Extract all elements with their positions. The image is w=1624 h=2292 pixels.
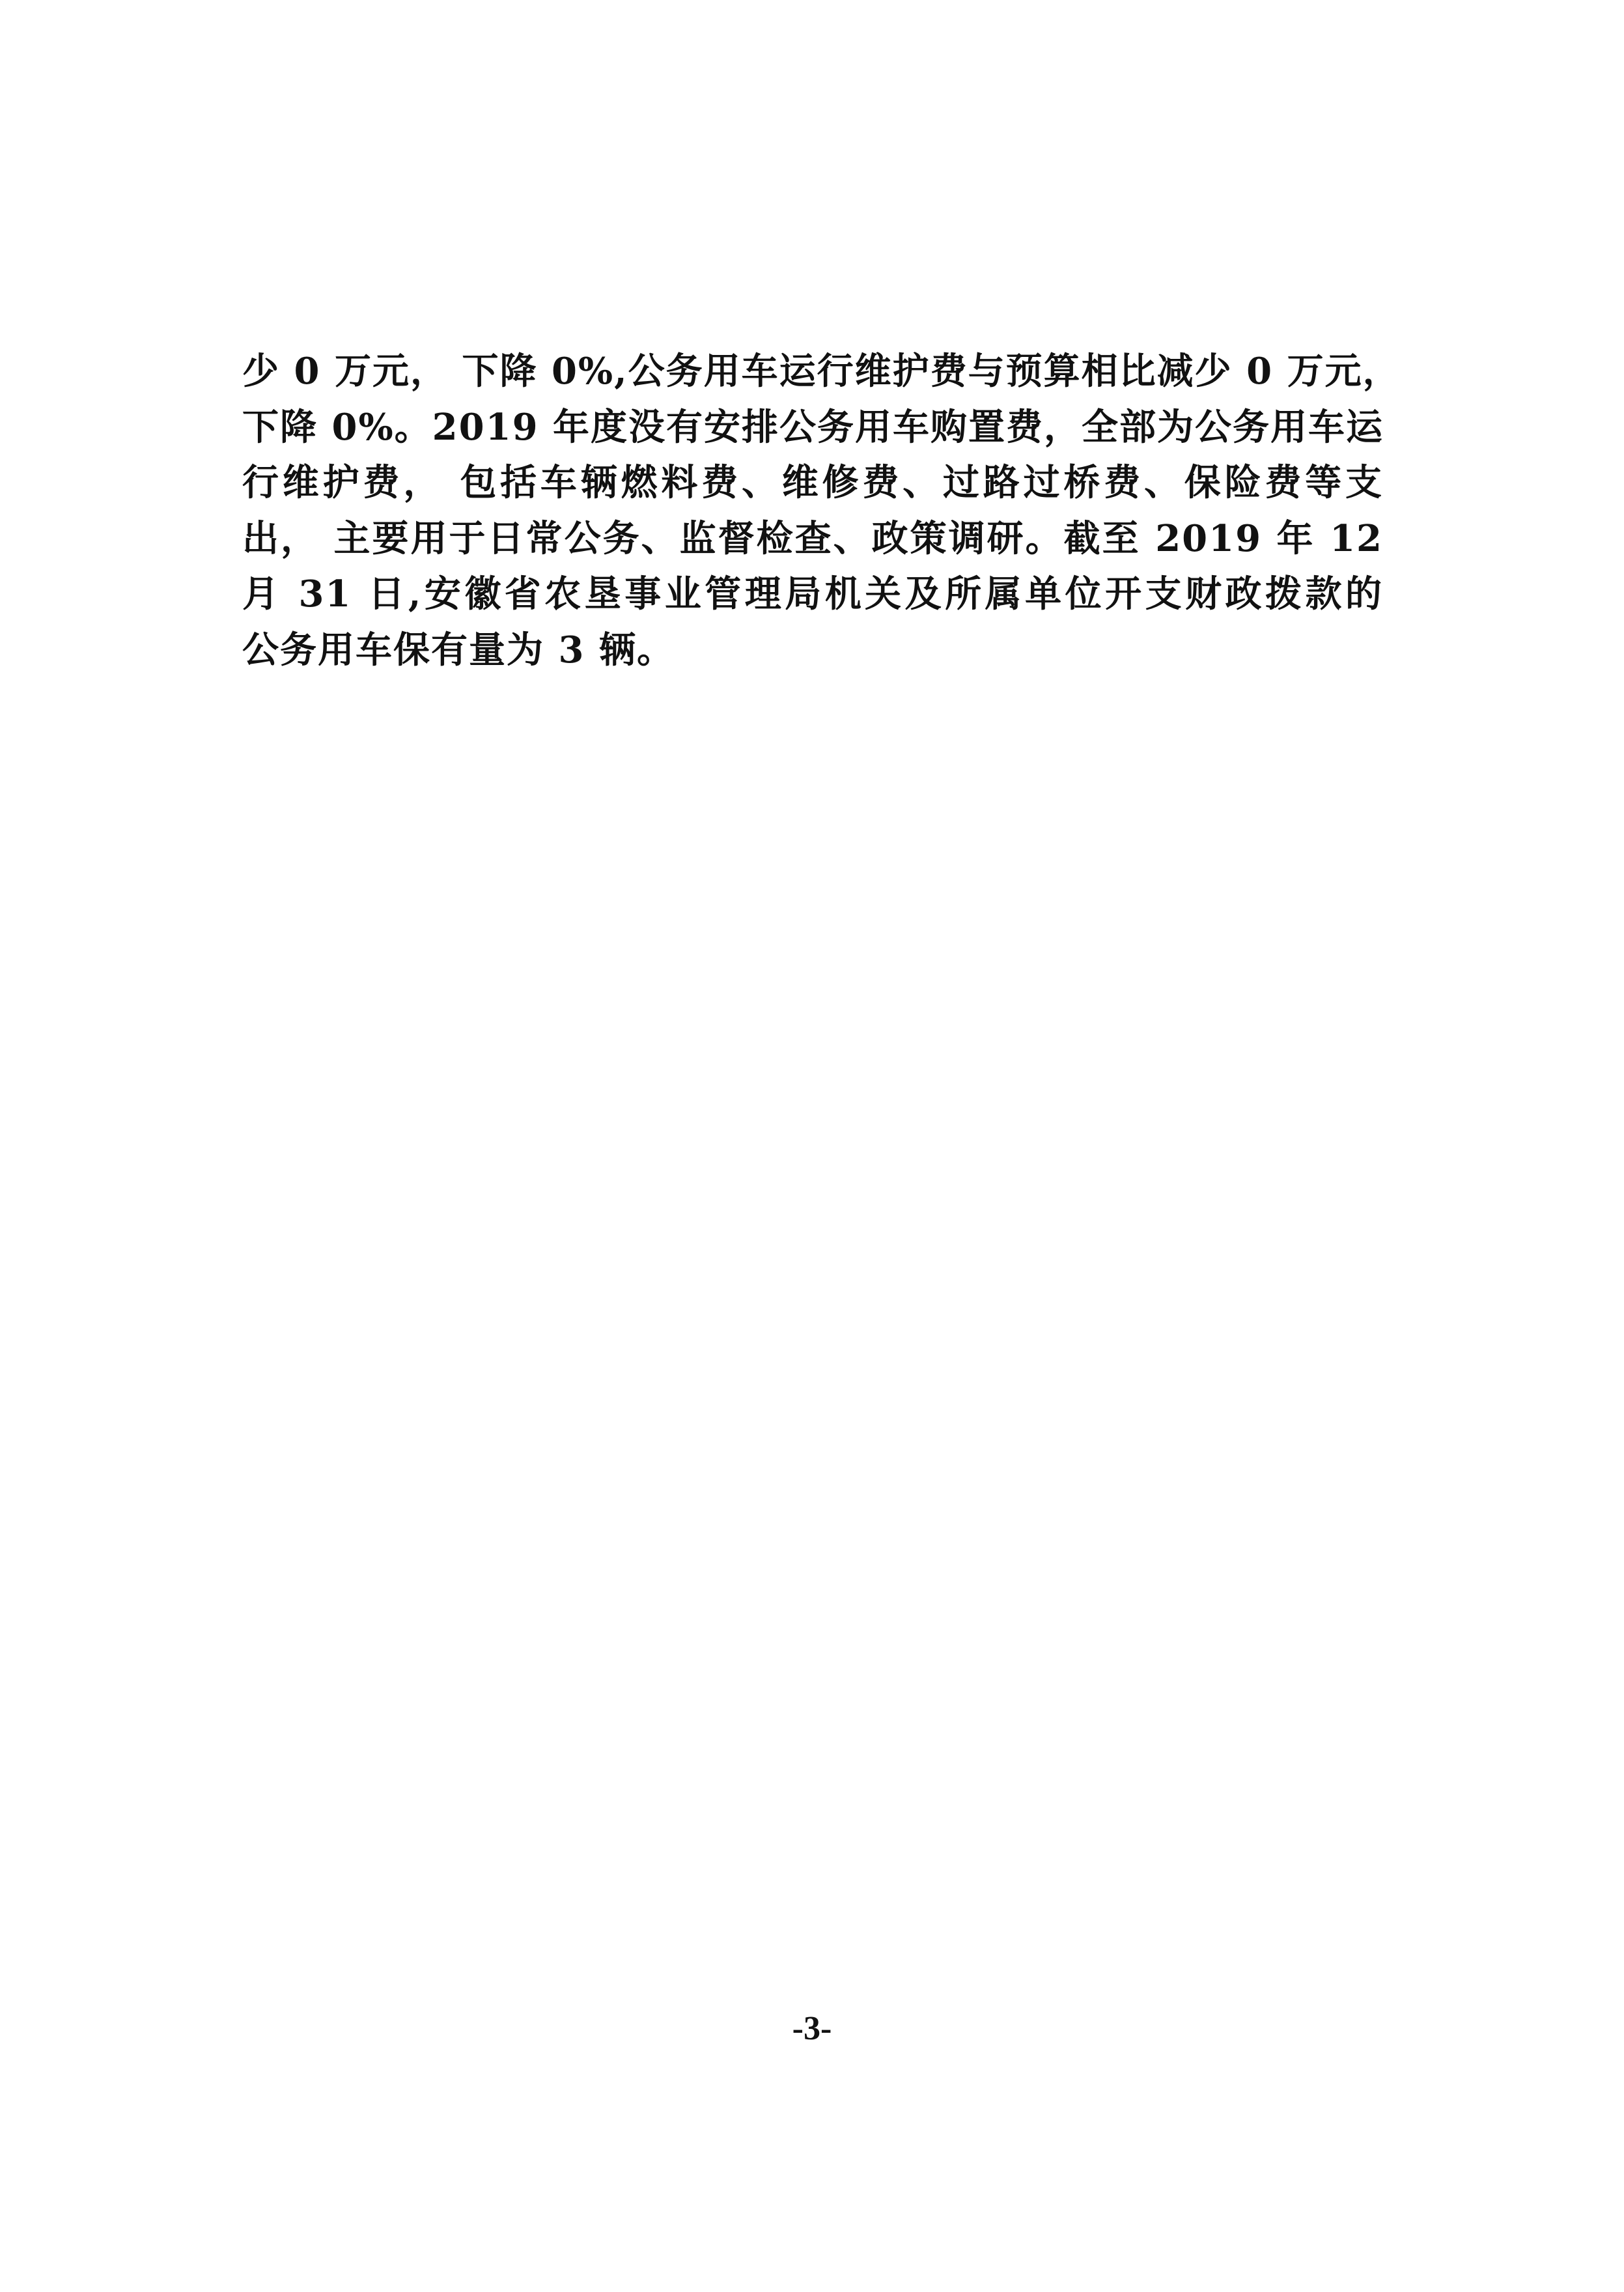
document-page: 少 0 万元， 下降 0%,公务用车运行维护费与预算相比减少 0 万元， 下降 …	[0, 0, 1624, 2292]
paragraph-line: 行维护费， 包括车辆燃料费、维修费、过路过桥费、保险费等支	[242, 455, 1383, 511]
paragraph-line: 公务用车保有量为 3 辆。	[242, 623, 1383, 679]
paragraph-line: 少 0 万元， 下降 0%,公务用车运行维护费与预算相比减少 0 万元，	[242, 344, 1383, 400]
paragraph-line: 出， 主要用于日常公务、监督检查、政策调研。截至 2019 年 12	[242, 511, 1383, 567]
body-paragraph: 少 0 万元， 下降 0%,公务用车运行维护费与预算相比减少 0 万元， 下降 …	[242, 344, 1383, 678]
paragraph-line: 月 31 日,安徽省农垦事业管理局机关及所属单位开支财政拨款的	[242, 567, 1383, 623]
page-number: -3-	[0, 2009, 1624, 2048]
paragraph-line: 下降 0%。2019 年度没有安排公务用车购置费，全部为公务用车运	[242, 400, 1383, 456]
